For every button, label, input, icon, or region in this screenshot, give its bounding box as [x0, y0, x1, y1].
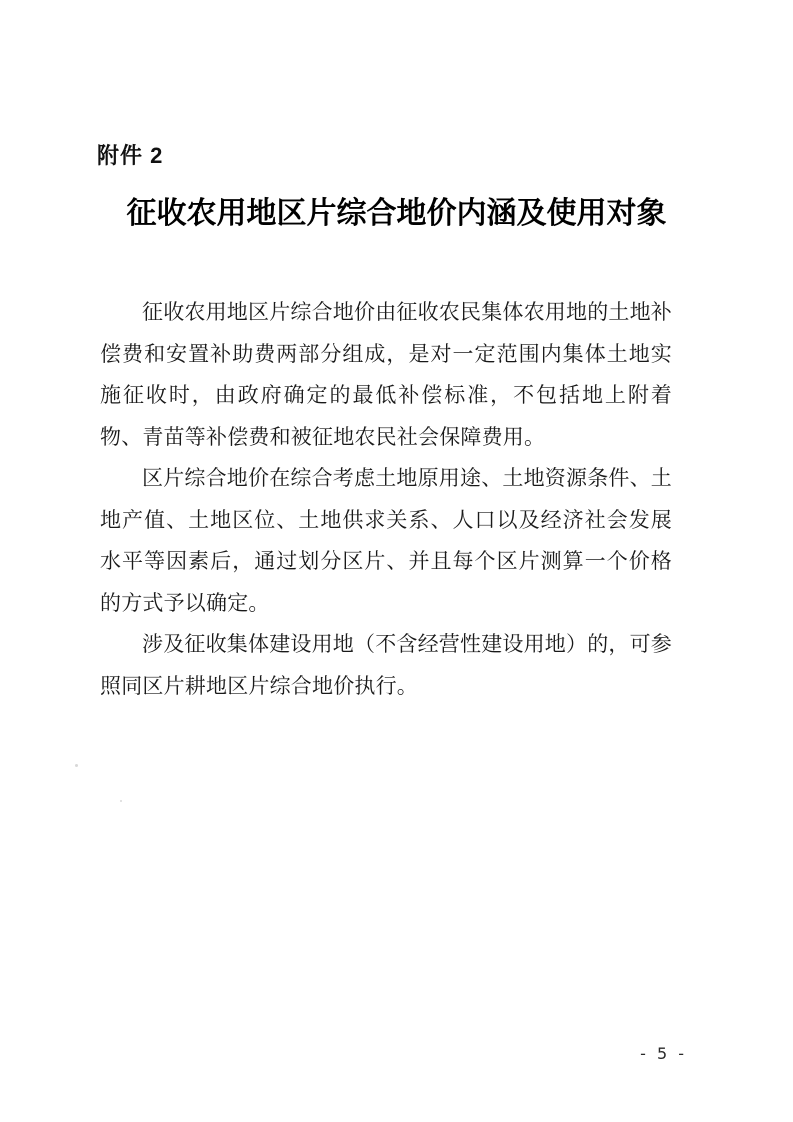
attachment-label: 附件 2	[97, 141, 163, 171]
page-number: - 5 -	[640, 1044, 687, 1064]
document-body: 征收农用地区片综合地价由征收农民集体农用地的土地补偿费和安置补助费两部分组成，是…	[100, 292, 672, 707]
paragraph-1: 征收农用地区片综合地价由征收农民集体农用地的土地补偿费和安置补助费两部分组成，是…	[100, 292, 672, 458]
document-page: 附件 2 征收农用地区片综合地价内涵及使用对象 征收农用地区片综合地价由征收农民…	[0, 0, 793, 1122]
scan-speck	[75, 764, 78, 767]
scan-speck	[120, 800, 122, 802]
document-title: 征收农用地区片综合地价内涵及使用对象	[0, 194, 793, 234]
paragraph-2: 区片综合地价在综合考虑土地原用途、土地资源条件、土地产值、土地区位、土地供求关系…	[100, 458, 672, 624]
paragraph-3: 涉及征收集体建设用地（不含经营性建设用地）的，可参照同区片耕地区片综合地价执行。	[100, 624, 672, 707]
